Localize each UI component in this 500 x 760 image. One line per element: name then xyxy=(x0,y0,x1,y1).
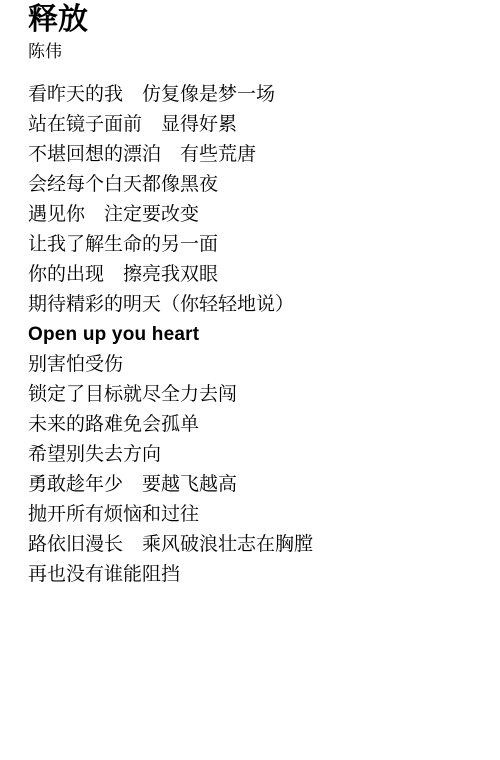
lyric-line: 抛开所有烦恼和过往 xyxy=(28,500,480,530)
song-title: 释放 xyxy=(28,0,480,40)
lyrics-block: 看昨天的我 仿复像是梦一场 站在镜子面前 显得好累 不堪回想的漂泊 有些荒唐 会… xyxy=(28,80,480,590)
lyric-line: 会经每个白天都像黑夜 xyxy=(28,170,480,200)
artist-name: 陈伟 xyxy=(28,40,480,64)
lyrics-page: 释放 陈伟 看昨天的我 仿复像是梦一场 站在镜子面前 显得好累 不堪回想的漂泊 … xyxy=(0,0,500,760)
lyric-line: 期待精彩的明天（你轻轻地说） xyxy=(28,290,480,320)
lyric-line: 再也没有谁能阻挡 xyxy=(28,560,480,590)
lyric-line: 希望别失去方向 xyxy=(28,440,480,470)
lyric-line: 你的出现 擦亮我双眼 xyxy=(28,260,480,290)
lyric-line-latin: Open up you heart xyxy=(28,320,480,350)
lyric-line: 勇敢趁年少 要越飞越高 xyxy=(28,470,480,500)
lyric-line: 不堪回想的漂泊 有些荒唐 xyxy=(28,140,480,170)
lyric-line: 路依旧漫长 乘风破浪壮志在胸膛 xyxy=(28,530,480,560)
lyric-line: 让我了解生命的另一面 xyxy=(28,230,480,260)
lyric-line: 锁定了目标就尽全力去闯 xyxy=(28,380,480,410)
lyric-line: 别害怕受伤 xyxy=(28,350,480,380)
lyric-line: 未来的路难免会孤单 xyxy=(28,410,480,440)
lyric-line: 看昨天的我 仿复像是梦一场 xyxy=(28,80,480,110)
lyric-line: 站在镜子面前 显得好累 xyxy=(28,110,480,140)
lyric-line: 遇见你 注定要改变 xyxy=(28,200,480,230)
